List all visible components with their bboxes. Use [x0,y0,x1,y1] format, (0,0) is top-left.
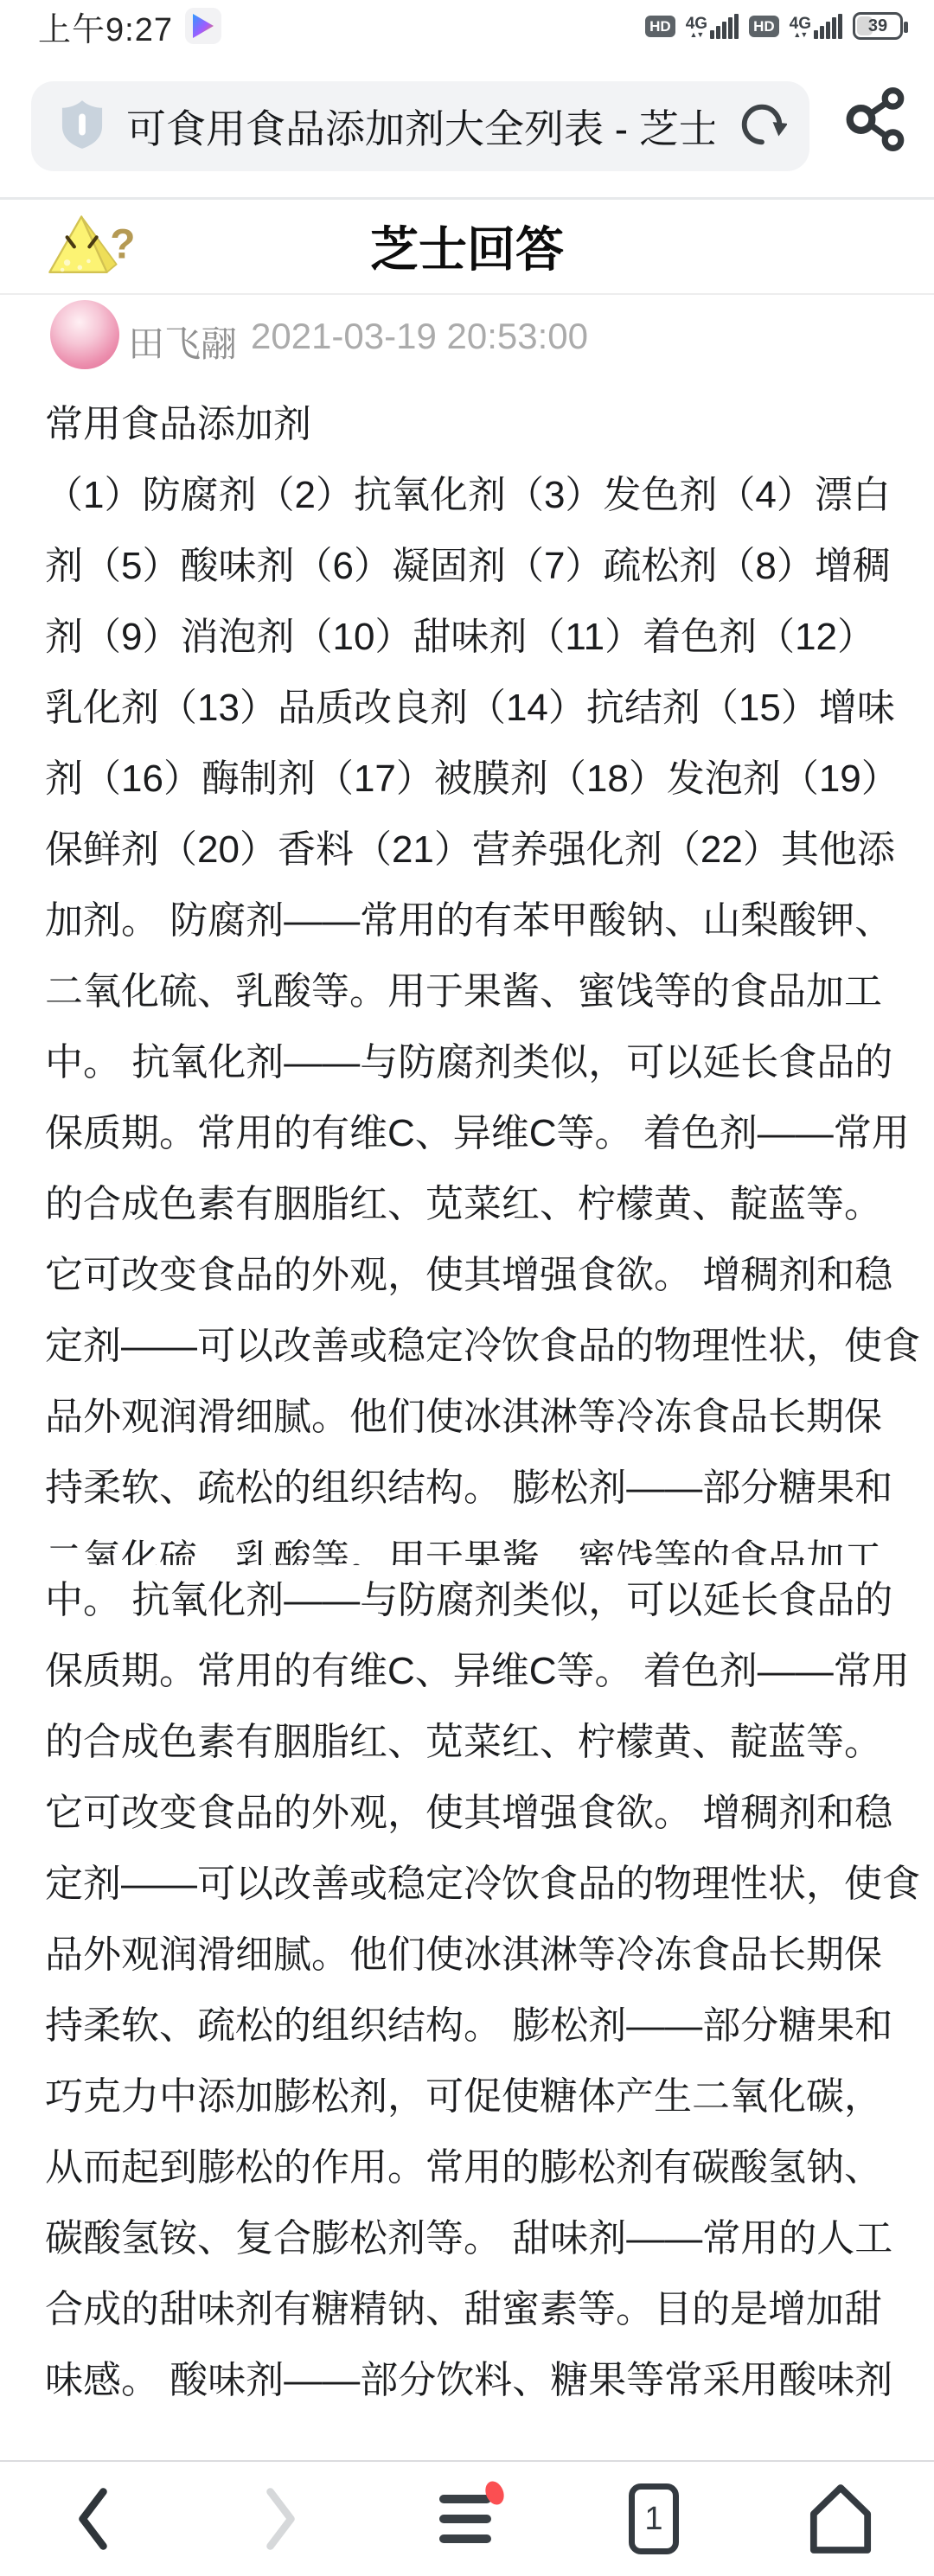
text-line: 乳化剂（13）品质改良剂（14）抗结剂（15）增味 [45,673,901,744]
hamburger-menu-icon [439,2495,495,2543]
refresh-icon[interactable] [737,99,787,154]
play-store-icon [185,8,221,44]
share-icon[interactable] [844,86,910,157]
tab-count-icon: 1 [629,2483,679,2554]
signal-bars-icon [814,14,842,39]
post-timestamp: 2021-03-19 20:53:00 [251,316,588,357]
text-line: 定剂——可以改善或稳定冷饮食品的物理性状，使食 [45,1311,901,1382]
network-type-label: 4G [686,16,707,32]
hd-voice-icon-2: HD [749,16,779,37]
text-line: 保质期。常用的有维C、异维C等。 着色剂——常用 [45,1098,901,1169]
network-type-label: 4G [790,16,811,32]
text-line: 二氧化硫、乳酸等。用于果酱、蜜饯等的食品加工 [45,1524,901,1565]
status-bar-right: HD 4G▲▼ HD 4G▲▼ 39 [645,12,903,40]
svg-text:?: ? [110,221,135,267]
status-bar: 上午9:27 HD 4G▲▼ HD 4G▲▼ 39 [0,0,934,52]
signal-4g-icon-2: 4G▲▼ [790,14,842,39]
browser-toolbar: 可食用食品添加剂大全列表 - 芝士 [0,52,934,199]
home-icon [814,2488,867,2550]
text-block-b: 中。 抗氧化剂——与防腐剂类似，可以延长食品的保质期。常用的有维C、异维C等。 … [45,1565,901,2416]
signal-bars-icon [710,14,739,39]
home-button[interactable] [754,2483,927,2555]
text-line: 剂（9）消泡剂（10）甜味剂（11）着色剂（12） [45,602,901,673]
browser-bottom-nav: 1 [0,2460,934,2576]
battery-icon: 39 [853,12,903,40]
text-line: 品外观润滑细腻。他们使冰淇淋等冷冻食品长期保 [45,1920,901,1991]
battery-nub [904,22,908,33]
text-line: 二氧化硫、乳酸等。用于果酱、蜜饯等的食品加工 [45,956,901,1027]
text-line: 巧克力中添加膨松剂，可促使糖体产生二氧化碳， [45,2061,901,2132]
data-arrows-icon: ▲▼ [689,32,703,39]
text-line: 中。 抗氧化剂——与防腐剂类似，可以延长食品的 [45,1027,901,1098]
hd-voice-icon-1: HD [645,16,675,37]
text-line: 保质期。常用的有维C、异维C等。 着色剂——常用 [45,1636,901,1707]
text-line: 常用食品添加剂 [45,389,901,460]
article-body: 常用食品添加剂（1）防腐剂（2）抗氧化剂（3）发色剂（4）漂白剂（5）酸味剂（6… [45,389,901,2416]
site-header: 芝士回答 ? [0,200,934,295]
clock-time: 上午9:27 [38,3,173,50]
back-button[interactable] [7,2485,180,2553]
text-line: 碳酸氢铵、复合膨松剂等。 甜味剂——常用的人工 [45,2203,901,2274]
author-row: 田飞翮 2021-03-19 20:53:00 [0,295,934,385]
signal-4g-icon-1: 4G▲▼ [686,14,739,39]
text-line: 味感。 酸味剂——部分饮料、糖果等常采用酸味剂 [45,2345,901,2416]
text-line: 定剂——可以改善或稳定冷饮食品的物理性状，使食 [45,1849,901,1920]
avatar[interactable] [50,300,119,369]
menu-button[interactable] [381,2495,553,2543]
text-line: （1）防腐剂（2）抗氧化剂（3）发色剂（4）漂白 [45,460,901,531]
text-line: 保鲜剂（20）香料（21）营养强化剂（22）其他添 [45,815,901,885]
text-line: 它可改变食品的外观，使其增强食欲。 增稠剂和稳 [45,1240,901,1311]
text-line: 中。 抗氧化剂——与防腐剂类似，可以延长食品的 [45,1565,901,1636]
text-line: 持柔软、疏松的组织结构。 膨松剂——部分糖果和 [45,1453,901,1524]
text-line: 的合成色素有胭脂红、苋菜红、柠檬黄、靛蓝等。 [45,1169,901,1240]
text-line: 剂（5）酸味剂（6）凝固剂（7）疏松剂（8）增稠 [45,531,901,602]
chevron-left-icon [83,2492,104,2547]
text-line: 合成的甜味剂有糖精钠、甜蜜素等。目的是增加甜 [45,2274,901,2345]
shield-icon [61,99,104,155]
tabs-button[interactable]: 1 [567,2483,740,2554]
status-bar-left: 上午9:27 [38,3,221,50]
text-line: 它可改变食品的外观，使其增强食欲。 增稠剂和稳 [45,1778,901,1849]
page-title-url: 可食用食品添加剂大全列表 - 芝士 [126,98,714,155]
text-line: 从而起到膨松的作用。常用的膨松剂有碳酸氢钠、 [45,2132,901,2203]
text-block-a: 常用食品添加剂（1）防腐剂（2）抗氧化剂（3）发色剂（4）漂白剂（5）酸味剂（6… [45,389,901,1524]
text-line: 品外观润滑细腻。他们使冰淇淋等冷冻食品长期保 [45,1382,901,1453]
text-line: 剂（16）酶制剂（17）被膜剂（18）发泡剂（19） [45,744,901,815]
battery-percent: 39 [868,16,887,36]
data-arrows-icon: ▲▼ [793,32,807,39]
text-line: 持柔软、疏松的组织结构。 膨松剂——部分糖果和 [45,1991,901,2061]
text-line: 加剂。 防腐剂——常用的有苯甲酸钠、山梨酸钾、 [45,885,901,956]
forward-button[interactable] [194,2485,367,2553]
text-line: 的合成色素有胭脂红、苋菜红、柠檬黄、靛蓝等。 [45,1707,901,1778]
address-bar[interactable]: 可食用食品添加剂大全列表 - 芝士 [31,81,809,171]
clipped-text-line: 二氧化硫、乳酸等。用于果酱、蜜饯等的食品加工 [45,1524,901,1565]
chevron-right-icon [271,2492,291,2547]
cheese-logo-icon: ? [43,210,143,285]
author-name: 田飞翮 [128,316,237,368]
